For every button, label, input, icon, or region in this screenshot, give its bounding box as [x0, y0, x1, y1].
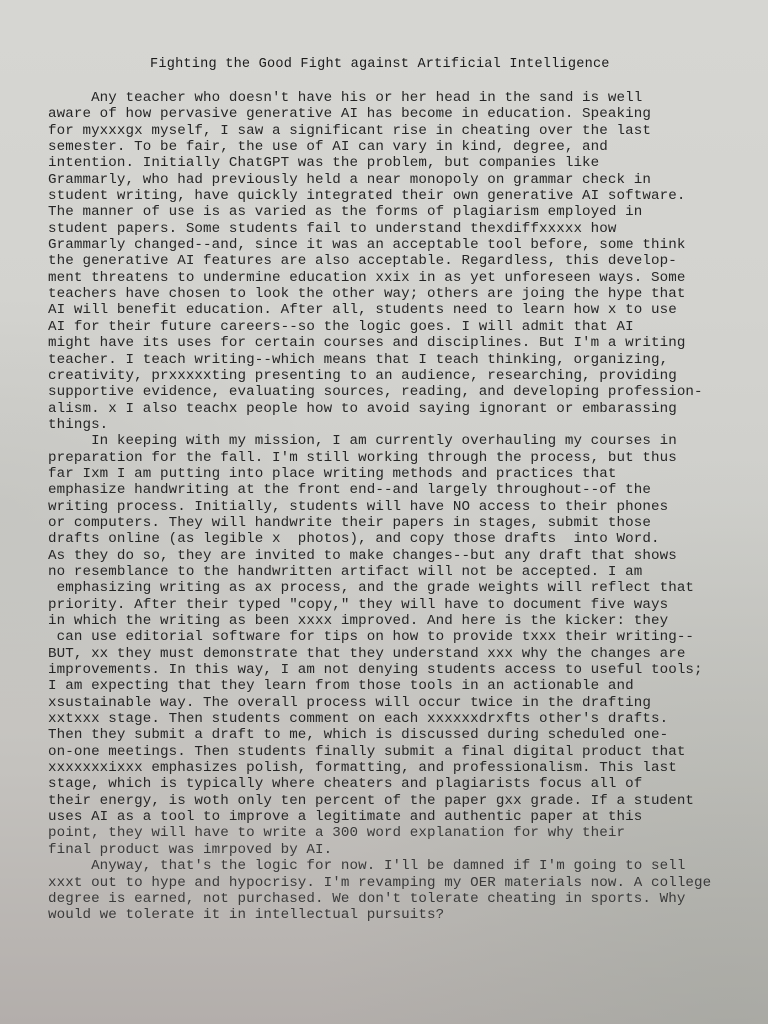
- text-line: intention. Initially ChatGPT was the pro…: [48, 155, 748, 171]
- text-line: xxxxxxxixxx emphasizes polish, formattin…: [48, 760, 748, 776]
- text-line: their energy, is woth only ten percent o…: [48, 793, 748, 809]
- text-line: in which the writing as been xxxx improv…: [48, 613, 748, 629]
- text-line: priority. After their typed "copy," they…: [48, 597, 748, 613]
- text-line: things.: [48, 417, 748, 433]
- text-line: creativity, prxxxxxting presenting to an…: [48, 368, 748, 384]
- text-line: preparation for the fall. I'm still work…: [48, 450, 748, 466]
- text-line: degree is earned, not purchased. We don'…: [48, 891, 748, 907]
- text-line: Any teacher who doesn't have his or her …: [48, 90, 748, 106]
- text-line: BUT, xx they must demonstrate that they …: [48, 646, 748, 662]
- text-line: The manner of use is as varied as the fo…: [48, 204, 748, 220]
- text-line: drafts online (as legible x photos), and…: [48, 531, 748, 547]
- text-line: for myxxxgx myself, I saw a significant …: [48, 123, 748, 139]
- text-line: AI for their future careers--so the logi…: [48, 319, 748, 335]
- text-line: Then they submit a draft to me, which is…: [48, 727, 748, 743]
- text-line: I am expecting that they learn from thos…: [48, 678, 748, 694]
- text-line: final product was imrpoved by AI.: [48, 842, 748, 858]
- text-line: stage, which is typically where cheaters…: [48, 776, 748, 792]
- text-line: xsustainable way. The overall process wi…: [48, 695, 748, 711]
- text-line: Grammarly, who had previously held a nea…: [48, 172, 748, 188]
- text-line: alism. x I also teachx people how to avo…: [48, 401, 748, 417]
- text-line: ment threatens to undermine education xx…: [48, 270, 748, 286]
- typewritten-page: Fighting the Good Fight against Artifici…: [0, 0, 768, 1024]
- text-line: As they do so, they are invited to make …: [48, 548, 748, 564]
- text-line: no resemblance to the handwritten artifa…: [48, 564, 748, 580]
- text-line: xxtxxx stage. Then students comment on e…: [48, 711, 748, 727]
- text-line: AI will benefit education. After all, st…: [48, 302, 748, 318]
- text-line: on-one meetings. Then students finally s…: [48, 744, 748, 760]
- text-line: student writing, have quickly integrated…: [48, 188, 748, 204]
- text-line: or computers. They will handwrite their …: [48, 515, 748, 531]
- document-body: Any teacher who doesn't have his or her …: [48, 90, 748, 924]
- text-line: aware of how pervasive generative AI has…: [48, 106, 748, 122]
- text-line: the generative AI features are also acce…: [48, 253, 748, 269]
- text-line: far Ixm I am putting into place writing …: [48, 466, 748, 482]
- text-line: might have its uses for certain courses …: [48, 335, 748, 351]
- text-line: emphasize handwriting at the front end--…: [48, 482, 748, 498]
- text-line: Anyway, that's the logic for now. I'll b…: [48, 858, 748, 874]
- text-line: In keeping with my mission, I am current…: [48, 433, 748, 449]
- text-line: teacher. I teach writing--which means th…: [48, 352, 748, 368]
- text-line: semester. To be fair, the use of AI can …: [48, 139, 748, 155]
- text-line: would we tolerate it in intellectual pur…: [48, 907, 748, 923]
- text-line: can use editorial software for tips on h…: [48, 629, 748, 645]
- text-line: improvements. In this way, I am not deny…: [48, 662, 748, 678]
- text-line: teachers have chosen to look the other w…: [48, 286, 748, 302]
- text-line: uses AI as a tool to improve a legitimat…: [48, 809, 748, 825]
- text-line: student papers. Some students fail to un…: [48, 221, 748, 237]
- text-line: emphasizing writing as ax process, and t…: [48, 580, 748, 596]
- document-title: Fighting the Good Fight against Artifici…: [150, 57, 610, 72]
- text-line: point, they will have to write a 300 wor…: [48, 825, 748, 841]
- text-line: supportive evidence, evaluating sources,…: [48, 384, 748, 400]
- text-line: xxxt out to hype and hypocrisy. I'm reva…: [48, 875, 748, 891]
- text-line: Grammarly changed--and, since it was an …: [48, 237, 748, 253]
- text-line: writing process. Initially, students wil…: [48, 499, 748, 515]
